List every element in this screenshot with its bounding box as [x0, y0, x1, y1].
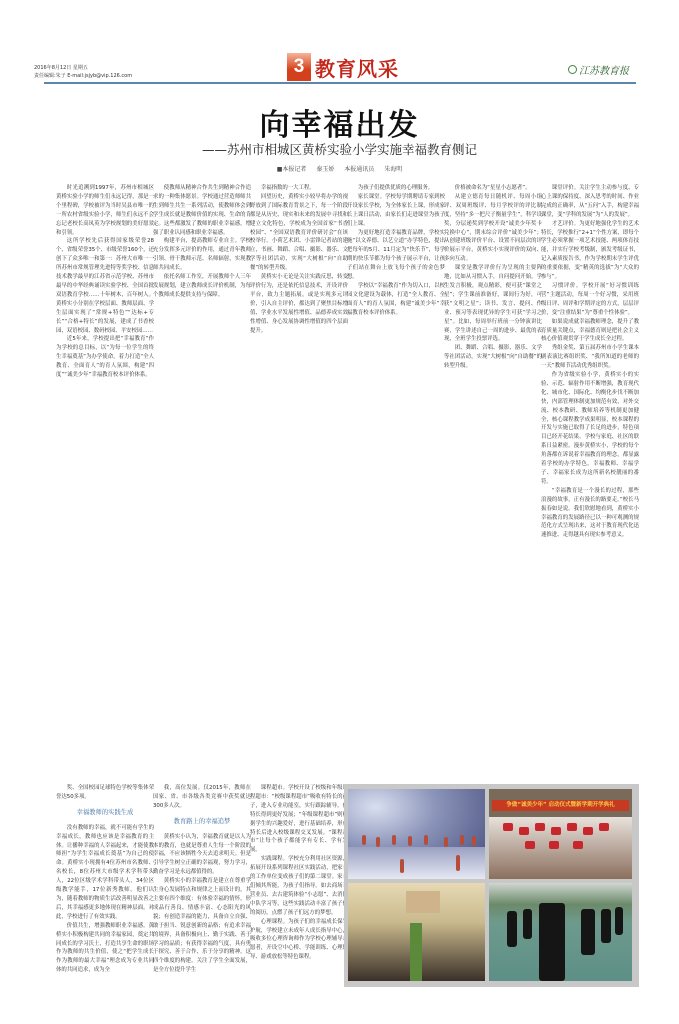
newspaper-page: 2016年8月12日 星期五 责任编辑:朱子 E-mail:jsjyb@vip.… — [0, 0, 679, 1024]
photo-martial-arts — [489, 883, 632, 981]
paragraph: 我，高位发展。仅2015年，教师在国家、省、市各级各类竞赛中获奖就达300多人次… — [153, 784, 251, 811]
paragraph: 从建立德育每日随机评、每周小组评、双周班级评、每月学校评的评比制度，坚持“多一把… — [444, 193, 542, 264]
header-divider — [44, 82, 636, 84]
paragraph: 团、舞蹈、合唱、摄影、器乐、文学等社团活动，实现“大树根”向“自助餐”的转型升级… — [444, 344, 542, 371]
ceremony-banner: 争做“诚美少年” 启动仪式暨新学期开学典礼 — [492, 800, 629, 811]
conference-table — [410, 923, 422, 981]
paragraph: 这所学校先后获得国家级荣誉28个、省级荣誉35个、市级荣誉160个，还创下了众多… — [56, 237, 154, 335]
paragraph: 黄桥实小无论是关注实践反思，转变评价行为，还是依托信息技术，开设评价平台，致力主… — [250, 273, 348, 335]
column-5: 价格被命名为“星星小志愿者”。 从建立德育每日随机评、每周小组评、双周班级评、每… — [444, 184, 542, 784]
column-2: 使教师从精神合作共生到精神合作追求的一种集体愿景。学校通过营造师师共生到师生共生… — [153, 184, 251, 784]
newspaper-logo: 江苏教育报 — [568, 62, 629, 77]
logo-emblem-icon — [568, 65, 577, 74]
photo-collage: 争做“诚美少年” 启动仪式暨新学期开学典礼 — [344, 784, 639, 987]
paragraph: 价值共生，增强教师职业幸福感。黄桥实小积极构建共同的幸福家园，奠定共同成长的学习… — [56, 922, 154, 975]
paragraph: 为孩子们提供优质的心理服务。 — [347, 184, 445, 193]
editor-contact: 责任编辑:朱子 E-mail:jsjyb@vip.126.com — [34, 72, 132, 80]
section-badge: 3 教育风采 — [287, 52, 399, 82]
photo-certificate-ceremony: 争做“诚美少年” 启动仪式暨新学期开学典礼 — [489, 789, 632, 879]
paragraph: 价格被命名为“星星小志愿者”。 — [444, 184, 542, 193]
stage-floor — [348, 847, 485, 879]
article-title: 向幸福出发 — [0, 100, 679, 144]
paragraph: 没有教师的幸福，就不可能有学生的幸福成长，教师也应该是幸福教育的主体。让播种幸福… — [56, 824, 154, 922]
lower-column-2: 我，高位发展。仅2015年，教师在国家、省、市各级各类竞赛中获奖就达300多人次… — [153, 784, 251, 994]
paragraph: 学校以“幸福教育”作为切入口，以校园文化建设为载体，打造“全人教育、全面育人”的… — [347, 282, 445, 318]
article-subtitle: ——苏州市相城区黄桥实验小学实施幸福教育侧记 — [0, 140, 679, 158]
column-1: 时光追溯到1997年，苏州市相城区黄桥实验小学的师生们永远记得，那是一个里程碑，… — [56, 184, 154, 784]
paragraph: 回望历史，黄桥实小较早将办学的视野放到了国际教育背景之下，每一个阶段都是从历史、… — [250, 193, 348, 273]
paragraph: 秀组金奖、第五届苏州市小学生课本剧表演比赛组织奖、“我所知道的老师的一天”教师节… — [541, 344, 639, 371]
paragraph: 时光追溯到1997年，苏州市相城区黄桥实验小学的师生们永远记得，那是一个里程碑，… — [56, 184, 154, 237]
byline-correspondent-name: 朱海明 — [384, 166, 402, 173]
paragraph: 如果说成就幸福教师理念，提升了教育质量关键点，幸福德育则是把社会主义核心价值观贯… — [541, 318, 639, 345]
issue-date: 2016年8月12日 星期五 — [34, 64, 132, 72]
article-byline: ■本报记者 秦玉娇 本报通讯员 朱海明 — [0, 164, 679, 173]
paragraph: 课程超市。学校开设了校级和年级课程超市：“校级课程超市”吸收有特长的孩子，进入专… — [250, 784, 348, 855]
paragraph: 幸福指数的一大工程。 — [250, 184, 348, 193]
paragraph: 家长课堂。学校每学期聘请专家到校开设家长学校，为全体家长上课，形成家长上课日活动… — [347, 193, 445, 229]
photo-stage-performance — [348, 789, 485, 879]
paragraph: 黄桥实小认为，幸福教育就是以人为本的教育，也就是尊重人生每一个阶段的幸福，不应该… — [153, 833, 251, 878]
section-heading: 幸福教师的实践生成 — [56, 809, 154, 818]
paragraph: 才艺评价。为更好地强化学生的艺术特长，学校推行“2+1”个性方案，即每个学生必须… — [541, 220, 639, 282]
paragraph: 依托名师工作室，开展教师个人三年发展规划，建立教师成长评价机制，为每个教师成长提… — [153, 273, 251, 300]
paragraph: 为更好地打造幸福教育品牌，学校实施“以文养德、以艺立道”办学特色，提出把每年的5… — [347, 229, 445, 282]
paragraph: 心理课程。为孩子们的幸福成长保驾护航，学校建立未成年人成长指导中心，吸收多位心理… — [250, 918, 348, 963]
column-6: 课堂评价。关注学生主动参与度、专心上课的保持度、深入思考的时间、作业完成的正确率… — [541, 184, 639, 784]
lower-column-1: 奖、全国校园足球特色学校等集体荣誉达50多项。 幸福教师的实践生成 没有教师的幸… — [56, 784, 154, 994]
paragraph: 构建平台，提高教师专业自主。学校充分发挥多元评价的作用，通过青年教师引领、骨干教… — [153, 237, 251, 273]
page-number: 3 — [287, 53, 311, 81]
lower-column-3: 课程超市。学校开设了校级和年级课程超市：“校级课程超市”吸收有特长的孩子，进入专… — [250, 784, 348, 994]
article-body-upper: 时光追溯到1997年，苏州市相城区黄桥实验小学的师生们永远记得，那是一个里程碑，… — [56, 184, 634, 784]
paragraph: 作为省级实验小学，黄桥实小的实验、示范、辐射作用不断增强，教育现代化、城市化、国… — [541, 371, 639, 487]
byline-reporter-name: 秦玉娇 — [316, 166, 334, 173]
paragraph: 习惯评价。学校开展“好习惯训练营”主题活动，每周一个好习惯，采用班级日评、周评和… — [541, 282, 639, 318]
paragraph: “幸福教育是一个漫长的过程，那些浪漫的故事，正有漫长的路要走。”校长马振春如是说… — [541, 487, 639, 540]
projection-screen — [406, 891, 440, 913]
paragraph: 近5年来，学校提出把“幸福教育”作为学校的总目标，以“为每一位学生的终生幸福奠基… — [56, 335, 154, 380]
byline-correspondent-label: 本报通讯员 — [344, 166, 374, 173]
column-3: 幸福指数的一大工程。 回望历史，黄桥实小较早将办学的视野放到了国际教育背景之下，… — [250, 184, 348, 784]
photo-meeting — [348, 883, 485, 981]
paragraph: 课堂评价。关注学生主动参与度、专心上课的保持度、深入思考的时间、作业完成的正确率… — [541, 184, 639, 220]
paragraph: 黄桥实小的幸福教育是建立在尊重学生身心发展特点和规律之上而设计的，其主要有四个维… — [153, 877, 251, 975]
header-meta: 2016年8月12日 星期五 责任编辑:朱子 E-mail:jsjyb@vip.… — [34, 64, 132, 80]
column-4: 为孩子们提供优质的心理服务。 家长课堂。学校每学期聘请专家到校开设家长学校，为全… — [347, 184, 445, 784]
paragraph: 实践课程。学校充分利用社区资源，拓展开设系列课程社区实践活动，把家长的工作单位变… — [250, 855, 348, 917]
section-title: 教育风采 — [315, 53, 399, 82]
paragraph: 课堂是教学评价行为呈现的主要阵地，比如从习惯入手，自问提问开始，学生发言积极，观… — [444, 264, 542, 344]
paragraph: 奖、全国校园足球特色学校等集体荣誉达50多项。 — [56, 784, 154, 802]
section-heading: 教育路上的幸福追梦 — [153, 818, 251, 827]
article-body-lower: 奖、全国校园足球特色学校等集体荣誉达50多项。 幸福教师的实践生成 没有教师的幸… — [56, 784, 346, 994]
paragraph: 使教师从精神合作共生到精神合作追求的一种集体愿景。学校通过营造师师共生到师生共生… — [153, 184, 251, 237]
byline-reporter-label: ■本报记者 — [277, 166, 307, 173]
newspaper-name: 江苏教育报 — [579, 62, 629, 77]
